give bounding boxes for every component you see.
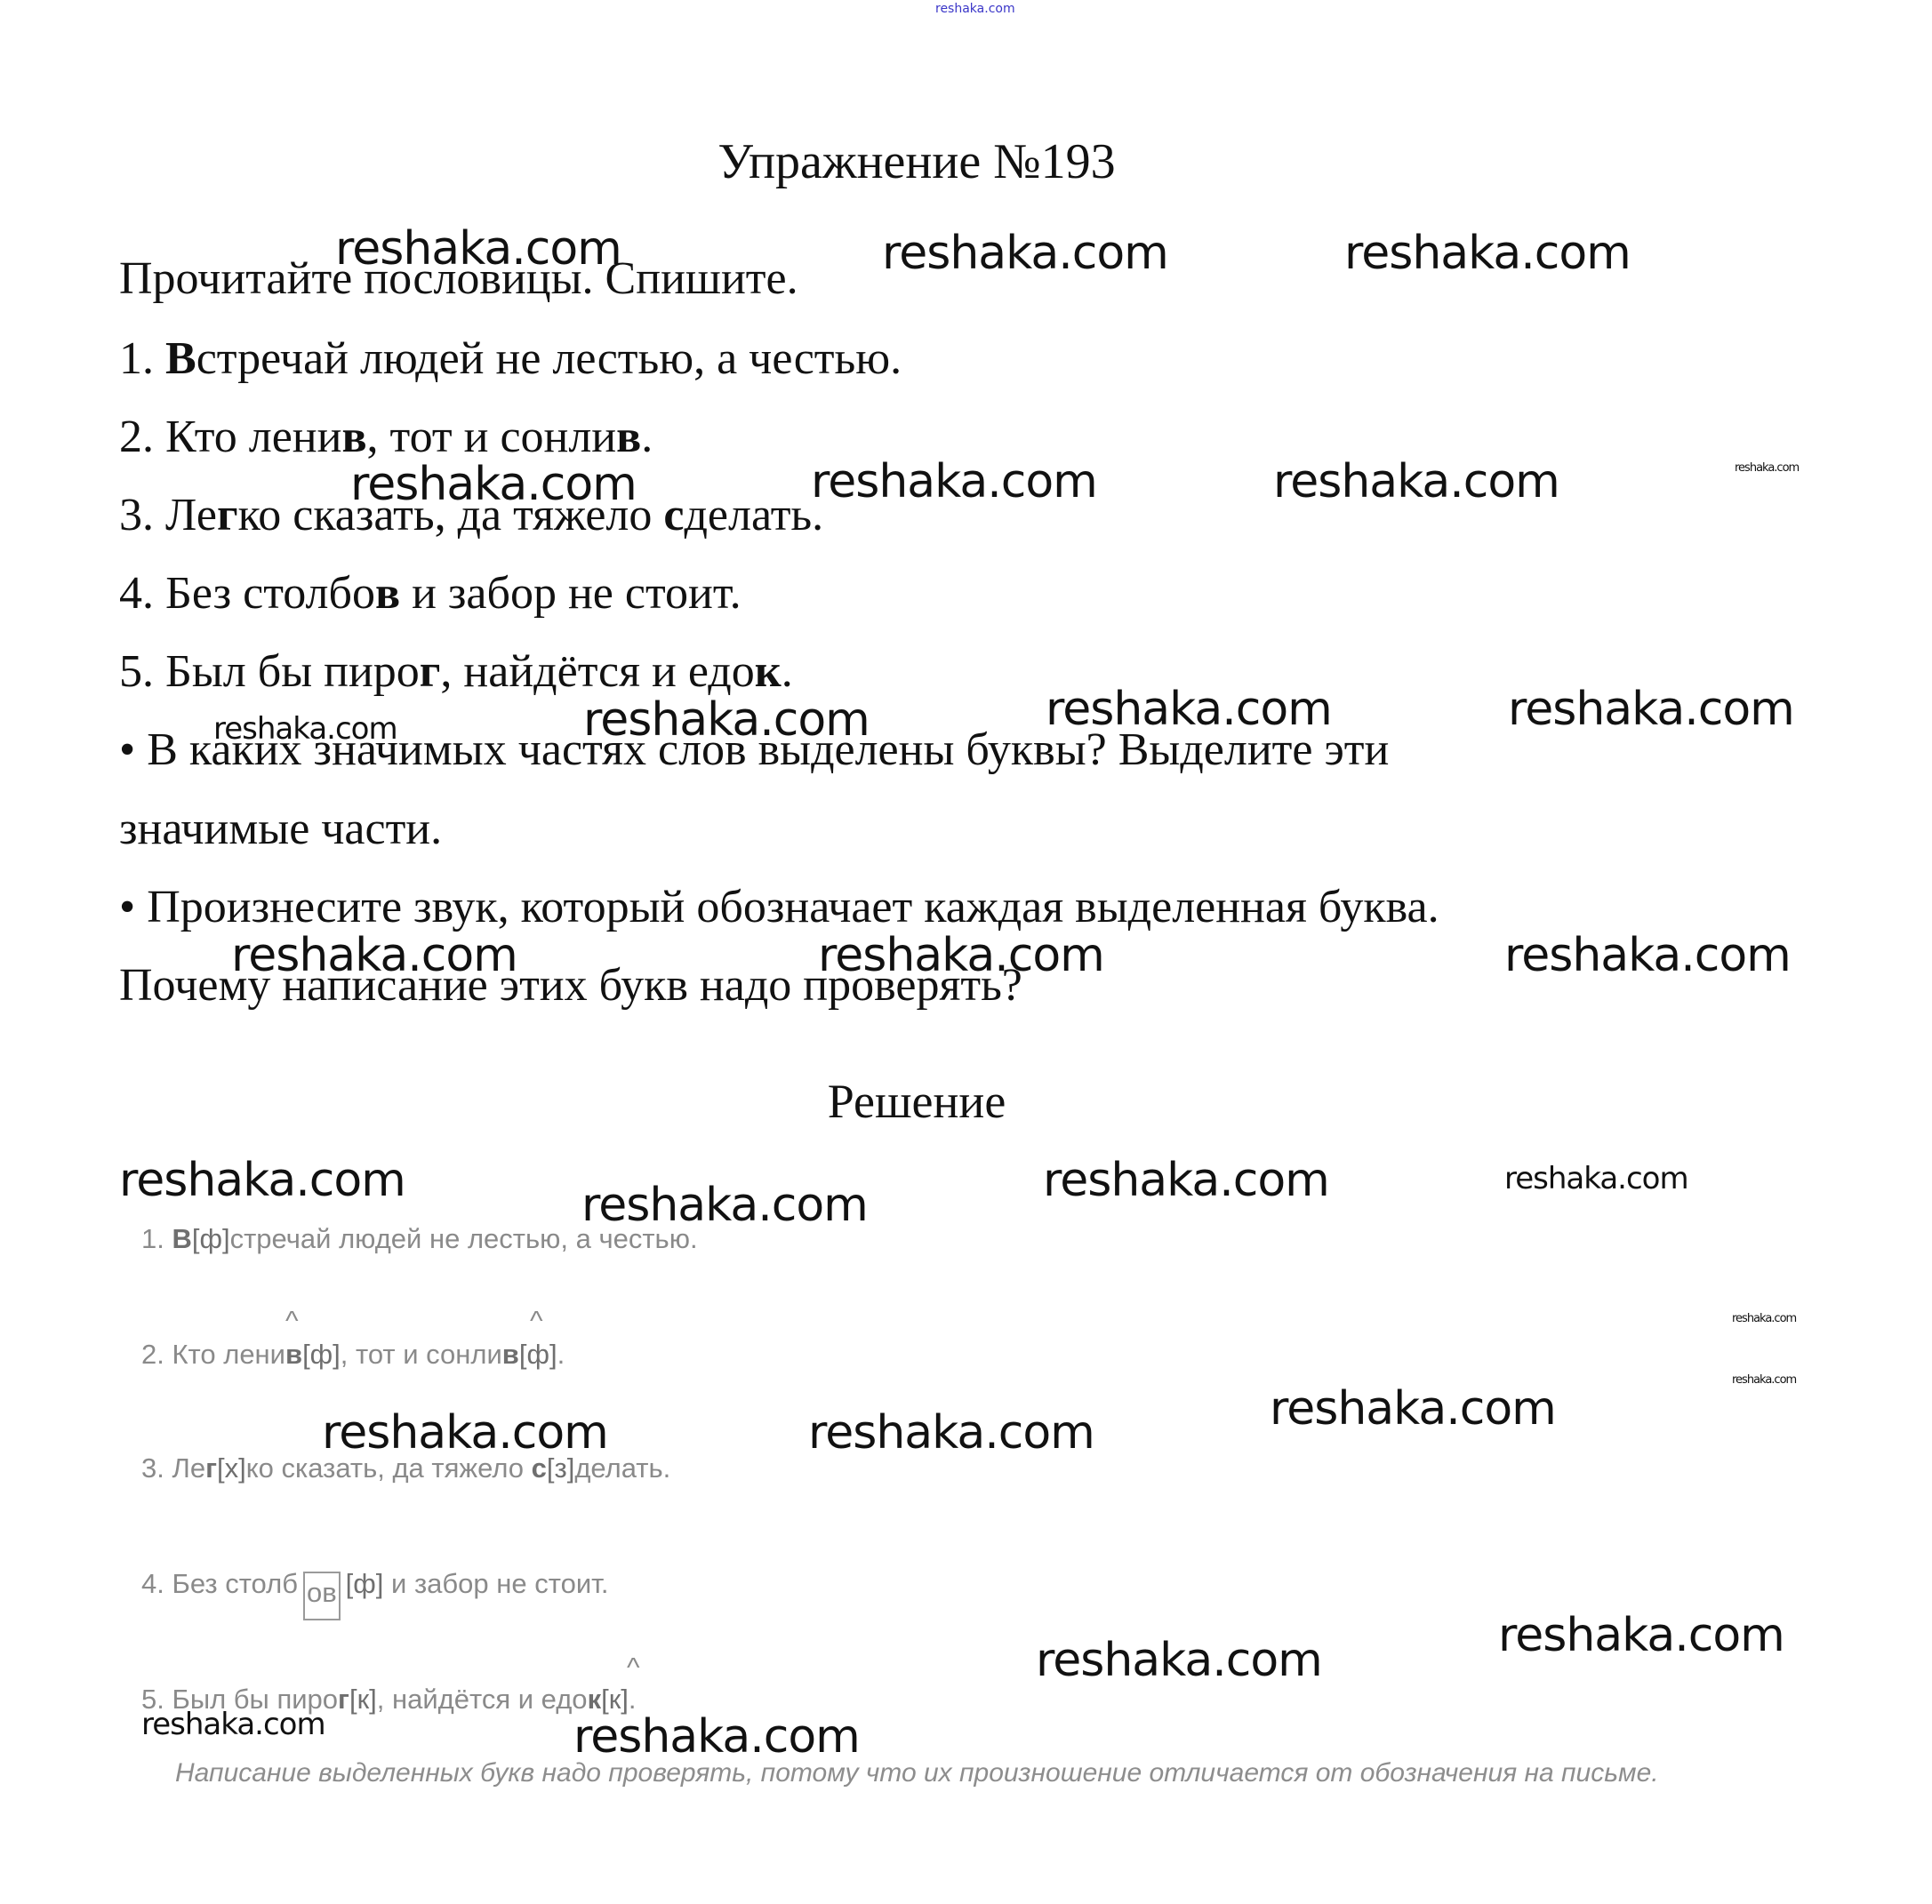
highlighted-letter: В xyxy=(172,1223,191,1254)
watermark: reshaka.com xyxy=(1036,1634,1322,1687)
watermark: reshaka.com xyxy=(1273,455,1559,508)
exercise-title: Упражнение №193 xyxy=(0,133,1833,190)
highlighted-letter: г xyxy=(420,646,441,697)
proverb-text: делать. xyxy=(684,490,823,540)
watermark: reshaka.com xyxy=(583,693,870,747)
proverb-text: . xyxy=(782,646,793,697)
watermark: reshaka.com xyxy=(1046,683,1332,736)
proverb-4: 4. Без столбов и забор не стоит. xyxy=(119,571,742,617)
proverb-text: стречай людей не лестью, а честью. xyxy=(196,333,902,384)
question-1-line-2: значимые части. xyxy=(119,806,442,852)
highlighted-letter: в xyxy=(375,568,400,619)
watermark: reshaka.com xyxy=(1344,227,1631,280)
watermark: reshaka.com xyxy=(811,455,1097,508)
solution-line-2: 2. Кто ленив[ф], тот и сонлив[ф]. xyxy=(141,1340,565,1368)
proverb-1: 1. Встречай людей не лестью, а честью. xyxy=(119,336,902,382)
proverb-text: . xyxy=(641,412,653,462)
watermark: reshaka.com xyxy=(1732,1373,1796,1387)
highlighted-letter: г xyxy=(338,1684,349,1715)
watermark: reshaka.com xyxy=(1508,683,1794,736)
watermark: reshaka.com xyxy=(1735,461,1799,475)
proverb-text: Был бы пиро xyxy=(165,646,420,697)
solution-text: . xyxy=(557,1339,565,1370)
highlighted-letter: в xyxy=(341,412,366,462)
watermark: reshaka.com xyxy=(335,222,621,276)
suffix-caret-icon: ^ xyxy=(627,1653,640,1681)
proverb-text: Без столбо xyxy=(165,568,375,619)
highlighted-letter: г xyxy=(205,1452,217,1484)
solution-text: Кто лени xyxy=(172,1339,285,1370)
watermark: reshaka.com xyxy=(350,458,637,511)
watermark: reshaka.com xyxy=(322,1406,608,1460)
proverb-text: , тот и сонли xyxy=(367,412,617,462)
watermark: reshaka.com xyxy=(1043,1154,1329,1207)
watermark: reshaka.com xyxy=(882,227,1168,280)
transcription: [х] xyxy=(217,1452,246,1484)
watermark: reshaka.com xyxy=(1498,1609,1784,1662)
transcription: [ф] xyxy=(519,1339,557,1370)
transcription: [ф] xyxy=(192,1223,230,1254)
watermark: reshaka.com xyxy=(231,929,517,982)
proverb-text: Кто лени xyxy=(165,412,341,462)
proverb-text: Ле xyxy=(165,490,217,540)
proverb-text: и забор не стоит. xyxy=(400,568,742,619)
solution-text: Без столб xyxy=(172,1568,297,1599)
solution-conclusion: Написание выделенных букв надо проверять… xyxy=(175,1758,1659,1788)
highlighted-letter: В xyxy=(165,333,196,384)
highlighted-letter: в xyxy=(285,1339,302,1370)
solution-text: , тот и сонли xyxy=(341,1339,502,1370)
watermark: reshaka.com xyxy=(818,929,1104,982)
highlighted-letter: с xyxy=(663,490,684,540)
highlighted-letter: г xyxy=(217,490,238,540)
solution-heading: Решение xyxy=(0,1074,1833,1129)
highlighted-letter: в xyxy=(502,1339,519,1370)
watermark: reshaka.com xyxy=(573,1710,860,1764)
watermark: reshaka.com xyxy=(119,1154,405,1207)
suffix-caret-icon: ^ xyxy=(530,1307,543,1334)
solution-text: , найдётся и едо xyxy=(377,1684,588,1715)
watermark: reshaka.com xyxy=(808,1406,1094,1460)
solution-line-4: 4. Без столбов[ф] и забор не стоит. xyxy=(141,1570,609,1620)
transcription: [к] xyxy=(349,1684,377,1715)
highlighted-letter: к xyxy=(755,646,782,697)
proverb-2: 2. Кто ленив, тот и сонлив. xyxy=(119,414,653,460)
solution-text: и забор не стоит. xyxy=(383,1568,608,1599)
question-2-line-1: • Произнесите звук, который обозначает к… xyxy=(119,884,1439,931)
proverb-5: 5. Был бы пирог, найдётся и едок. xyxy=(119,649,793,695)
transcription: [ф] xyxy=(346,1568,384,1599)
solution-text: Ле xyxy=(172,1452,205,1484)
watermark: reshaka.com xyxy=(1270,1382,1556,1436)
watermark: reshaka.com xyxy=(141,1707,325,1742)
ending-box: ов xyxy=(303,1572,341,1620)
watermark: reshaka.com xyxy=(213,711,397,747)
top-watermark: reshaka.com xyxy=(935,2,1015,16)
suffix-caret-icon: ^ xyxy=(285,1307,299,1334)
proverb-text: , найдётся и едо xyxy=(440,646,754,697)
transcription: [ф] xyxy=(302,1339,341,1370)
watermark: reshaka.com xyxy=(1504,1161,1688,1196)
highlighted-letter: в xyxy=(616,412,641,462)
watermark: reshaka.com xyxy=(581,1179,868,1232)
watermark: reshaka.com xyxy=(1504,929,1791,982)
watermark: reshaka.com xyxy=(1732,1312,1796,1325)
